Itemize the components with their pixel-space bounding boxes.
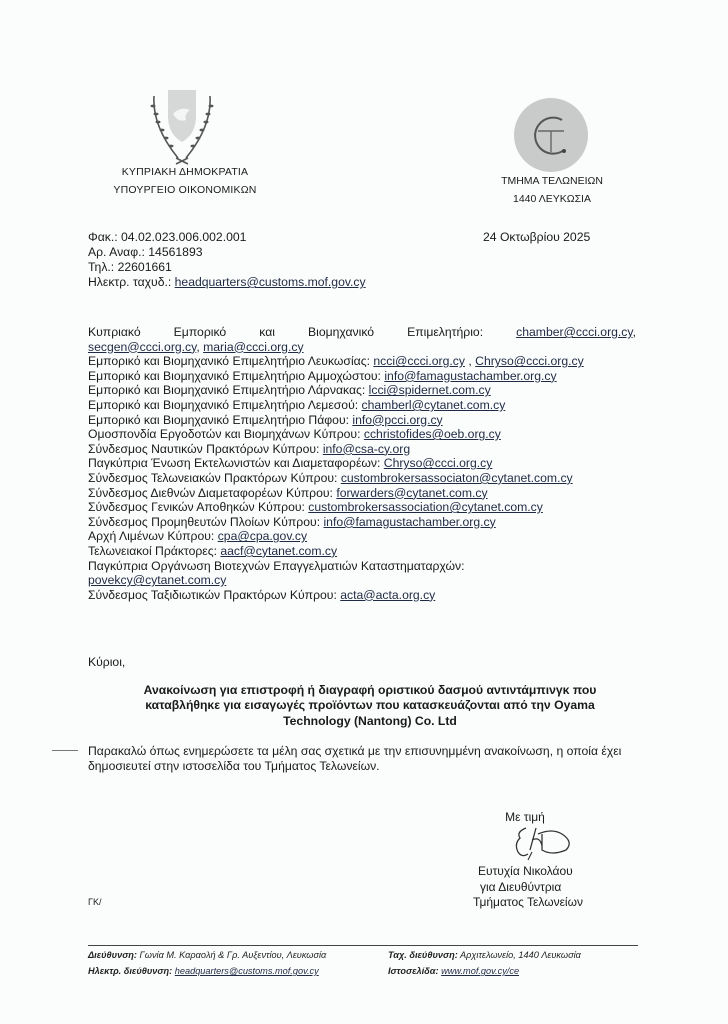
recipient-name: Παγκύπρια Οργάνωση Βιοτεχνών Επαγγελματι…	[88, 559, 465, 573]
recipient-name: Παγκύπρια Ένωση Εκτελωνιστών και Διαμετα…	[88, 456, 384, 470]
recipient-email-link[interactable]: cchristofides@oeb.org.cy	[364, 427, 501, 441]
recipient-email-link[interactable]: chamberl@cytanet.com.cy	[362, 398, 506, 412]
recipient-email-link[interactable]: info@pcci.org.cy	[352, 413, 442, 427]
recipient-name: Εμπορικό και Βιομηχανικό Επιμελητήριο Πά…	[88, 413, 352, 427]
recipient-row: Παγκύπρια Ένωση Εκτελωνιστών και Διαμετα…	[88, 456, 636, 471]
recipient-row: Εμπορικό και Βιομηχανικό Επιμελητήριο Λε…	[88, 354, 636, 369]
department-name: ΤΜΗΜΑ ΤΕΛΩΝΕΙΩΝ	[470, 175, 634, 187]
footer-email-link[interactable]: headquarters@customs.mof.gov.cy	[175, 966, 319, 976]
recipient-email-link[interactable]: povekcy@cytanet.com.cy	[88, 573, 226, 587]
recipient-row: Τελωνειακοί Πράκτορες: aacf@cytanet.com.…	[88, 544, 636, 559]
recipient-name: Εμπορικό και Βιομηχανικό Επιμελητήριο Αμ…	[88, 369, 384, 383]
subject-heading: Ανακοίνωση για επιστροφή ή διαγραφή ορισ…	[110, 683, 630, 729]
ministry-name: ΥΠΟΥΡΓΕΙΟ ΟΙΚΟΝΟΜΙΚΩΝ	[100, 184, 270, 196]
recipient-email-link[interactable]: secgen@ccci.org.cy	[88, 340, 196, 354]
letter-date: 24 Οκτωβρίου 2025	[483, 230, 590, 244]
recipient-name: Σύνδεσμος Προμηθευτών Πλοίων Κύπρου:	[88, 515, 323, 529]
recipient-name-word: Εμπορικό	[174, 325, 227, 340]
recipient-row: Αρχή Λιμένων Κύπρου: cpa@cpa.gov.cy	[88, 529, 636, 544]
recipient-row: Σύνδεσμος Γενικών Αποθηκών Κύπρου: custo…	[88, 500, 636, 515]
department-city: 1440 ΛΕΥΚΩΣΙΑ	[470, 193, 634, 205]
headquarters-email-link[interactable]: headquarters@customs.mof.gov.cy	[175, 275, 366, 289]
footer-email: Ηλεκτρ. διεύθυνση: headquarters@customs.…	[88, 966, 319, 976]
recipient-row: Σύνδεσμος Προμηθευτών Πλοίων Κύπρου: inf…	[88, 515, 636, 530]
recipient-name-word: Βιομηχανικό	[308, 325, 374, 340]
email-line: Ηλεκτρ. ταχυδ.: headquarters@customs.mof…	[88, 275, 366, 290]
recipient-row: Εμπορικό και Βιομηχανικό Επιμελητήριο Λά…	[88, 383, 636, 398]
phone-number: Τηλ.: 22601661	[88, 260, 366, 275]
recipient-email-link[interactable]: custombrokersassociaton@cytanet.com.cy	[341, 471, 573, 485]
republic-name: ΚΥΠΡΙΑΚΗ ΔΗΜΟΚΡΑΤΙΑ	[100, 166, 270, 178]
recipient-email-link[interactable]: acta@acta.org.cy	[340, 588, 435, 602]
recipient-name: Σύνδεσμος Διεθνών Διαμεταφορέων Κύπρου:	[88, 486, 336, 500]
recipient-name: Σύνδεσμος Ταξιδιωτικών Πρακτόρων Κύπρου:	[88, 588, 340, 602]
body-paragraph: Παρακαλώ όπως ενημερώσετε τα μέλη σας σχ…	[88, 744, 638, 775]
reference-block: Φακ.: 04.02.023.006.002.001 Αρ. Αναφ.: 1…	[88, 230, 366, 290]
recipient-email-link[interactable]: lcci@spidernet.com.cy	[369, 383, 491, 397]
recipient-email-link[interactable]: Chryso@ccci.org.cy	[384, 456, 493, 470]
recipient-row: Σύνδεσμος Ναυτικών Πρακτόρων Κύπρου: inf…	[88, 442, 636, 457]
recipient-row: ΚυπριακόΕμπορικόκαιΒιομηχανικόΕπιμελητήρ…	[88, 325, 636, 340]
recipient-name: Αρχή Λιμένων Κύπρου:	[88, 529, 218, 543]
recipient-name: Σύνδεσμος Τελωνειακών Πρακτόρων Κύπρου:	[88, 471, 341, 485]
recipient-email-link[interactable]: ncci@ccci.org.cy	[373, 354, 465, 368]
recipient-name: Τελωνειακοί Πράκτορες:	[88, 544, 220, 558]
signer-department: Τμήματος Τελωνείων	[473, 895, 623, 910]
recipient-name: Εμπορικό και Βιομηχανικό Επιμελητήριο Λε…	[88, 354, 373, 368]
customs-department-logo-icon	[514, 98, 588, 172]
footer-website: Ιστοσελίδα: www.mof.gov.cy/ce	[388, 966, 519, 976]
initials: ΓΚ/	[88, 897, 101, 907]
recipient-email-link[interactable]: maria@ccci.org.cy	[203, 340, 303, 354]
recipient-row-continued: povekcy@cytanet.com.cy	[88, 573, 636, 588]
recipient-email-link[interactable]: info@famagustachamber.org.cy	[323, 515, 495, 529]
recipient-email-link[interactable]: Chryso@ccci.org.cy	[475, 354, 584, 368]
recipient-row: Σύνδεσμος Ταξιδιωτικών Πρακτόρων Κύπρου:…	[88, 588, 636, 603]
footer-postal-address: Ταχ. διεύθυνση: Αρχιτελωνείο, 1440 Λευκω…	[388, 950, 581, 960]
margin-mark	[52, 750, 78, 751]
recipient-name: Εμπορικό και Βιομηχανικό Επιμελητήριο Λά…	[88, 383, 369, 397]
recipient-email-link[interactable]: forwarders@cytanet.com.cy	[336, 486, 487, 500]
footer-divider	[88, 945, 638, 946]
signer-title: για Διευθύντρια	[480, 880, 630, 895]
recipient-row: Παγκύπρια Οργάνωση Βιοτεχνών Επαγγελματι…	[88, 559, 636, 574]
recipient-email-link[interactable]: cpa@cpa.gov.cy	[218, 529, 307, 543]
recipient-name-word: Επιμελητήριο:	[407, 325, 483, 340]
recipient-row: Σύνδεσμος Διεθνών Διαμεταφορέων Κύπρου: …	[88, 486, 636, 501]
recipient-email-link[interactable]: info@csa-cy.org	[323, 442, 410, 456]
recipient-row: Εμπορικό και Βιομηχανικό Επιμελητήριο Λε…	[88, 398, 636, 413]
file-number: Φακ.: 04.02.023.006.002.001	[88, 230, 366, 245]
recipient-row: Ομοσπονδία Εργοδοτών και Βιομηχάνων Κύπρ…	[88, 427, 636, 442]
recipient-name: Σύνδεσμος Γενικών Αποθηκών Κύπρου:	[88, 500, 308, 514]
recipient-email-link[interactable]: chamber@ccci.org.cy	[516, 325, 632, 339]
recipient-row: Εμπορικό και Βιομηχανικό Επιμελητήριο Αμ…	[88, 369, 636, 384]
recipient-row-continued: secgen@ccci.org.cy, maria@ccci.org.cy	[88, 340, 636, 355]
recipient-name-word: Κυπριακό	[88, 325, 141, 340]
recipient-email-link[interactable]: custombrokersassociation@cytanet.com.cy	[308, 500, 543, 514]
recipient-row: Σύνδεσμος Τελωνειακών Πρακτόρων Κύπρου: …	[88, 471, 636, 486]
recipient-name: Εμπορικό και Βιομηχανικό Επιμελητήριο Λε…	[88, 398, 362, 412]
reference-number: Αρ. Αναφ.: 14561893	[88, 245, 366, 260]
recipient-name: Σύνδεσμος Ναυτικών Πρακτόρων Κύπρου:	[88, 442, 323, 456]
salutation: Κύριοι,	[88, 655, 125, 669]
recipient-list: ΚυπριακόΕμπορικόκαιΒιομηχανικόΕπιμελητήρ…	[88, 325, 636, 602]
cyprus-coat-of-arms-icon	[140, 86, 224, 166]
signer-name: Ευτυχία Νικολάου	[478, 864, 628, 879]
footer-address: Διεύθυνση: Γωνία Μ. Καραολή & Γρ. Αυξεντ…	[88, 950, 326, 960]
recipient-email-link[interactable]: aacf@cytanet.com.cy	[220, 544, 337, 558]
recipient-name-word: και	[259, 325, 275, 340]
signature-icon	[512, 822, 574, 862]
recipient-email-link[interactable]: info@famagustachamber.org.cy	[384, 369, 556, 383]
footer-website-link[interactable]: www.mof.gov.cy/ce	[441, 966, 519, 976]
recipient-row: Εμπορικό και Βιομηχανικό Επιμελητήριο Πά…	[88, 413, 636, 428]
recipient-name: Ομοσπονδία Εργοδοτών και Βιομηχάνων Κύπρ…	[88, 427, 364, 441]
